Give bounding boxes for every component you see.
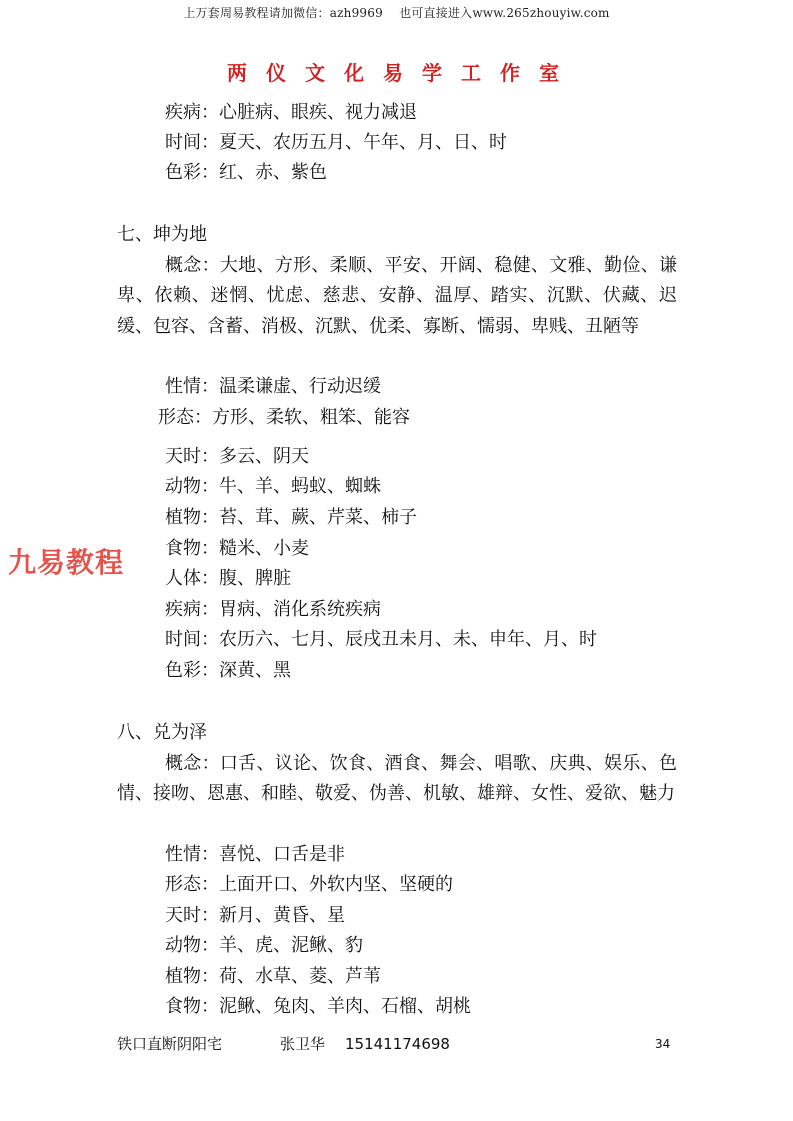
studio-title: 两仪文化易学工作室 bbox=[0, 57, 793, 86]
carryover-line: 色彩：红、赤、紫色 bbox=[165, 158, 327, 188]
carryover-line: 疾病：心脏病、眼疾、视力减退 bbox=[165, 98, 417, 128]
attribute-line: 天时：多云、阴天 bbox=[165, 442, 309, 472]
top-banner: 上万套周易教程请加微信：azh9969 也可直接进入www.265zhouyiw… bbox=[0, 4, 793, 21]
attribute-line: 性情：喜悦、口舌是非 bbox=[165, 840, 345, 870]
concept-paragraph: 概念：大地、方形、柔顺、平安、开阔、稳健、文雅、勤俭、谦卑、依赖、迷惘、忧虑、慈… bbox=[117, 251, 677, 342]
watermark: 九易教程 bbox=[8, 541, 124, 581]
attribute-line: 形态：方形、柔软、粗笨、能容 bbox=[158, 403, 410, 433]
attribute-line: 人体：腹、脾脏 bbox=[165, 564, 291, 594]
attribute-line: 动物：羊、虎、泥鳅、豹 bbox=[165, 931, 363, 961]
footer-author: 张卫华 bbox=[280, 1034, 325, 1054]
concept-paragraph: 概念：口舌、议论、饮食、酒食、舞会、唱歌、庆典、娱乐、色情、接吻、恩惠、和睦、敬… bbox=[117, 749, 677, 810]
attribute-line: 疾病：胃病、消化系统疾病 bbox=[165, 595, 381, 625]
attribute-line: 形态：上面开口、外软内坚、坚硬的 bbox=[165, 870, 453, 900]
attribute-line: 食物：泥鳅、兔肉、羊肉、石榴、胡桃 bbox=[165, 992, 471, 1022]
attribute-line: 时间：农历六、七月、辰戌丑未月、未、申年、月、时 bbox=[165, 625, 597, 655]
attribute-line: 动物：牛、羊、蚂蚁、蜘蛛 bbox=[165, 472, 381, 502]
section-heading: 八、兑为泽 bbox=[117, 718, 207, 748]
carryover-line: 时间：夏天、农历五月、午年、月、日、时 bbox=[165, 128, 507, 158]
footer-book-title: 铁口直断阴阳宅 bbox=[117, 1034, 222, 1054]
attribute-line: 天时：新月、黄昏、星 bbox=[165, 901, 345, 931]
attribute-line: 色彩：深黄、黑 bbox=[165, 656, 291, 686]
attribute-line: 植物：苔、茸、蕨、芹菜、柿子 bbox=[165, 503, 417, 533]
page-number: 34 bbox=[655, 1034, 670, 1054]
section-heading: 七、坤为地 bbox=[117, 220, 207, 250]
attribute-line: 食物：糙米、小麦 bbox=[165, 534, 309, 564]
attribute-line: 性情：温柔谦虚、行动迟缓 bbox=[165, 372, 381, 402]
footer-phone: 15141174698 bbox=[345, 1034, 450, 1054]
attribute-line: 植物：荷、水草、菱、芦苇 bbox=[165, 962, 381, 992]
